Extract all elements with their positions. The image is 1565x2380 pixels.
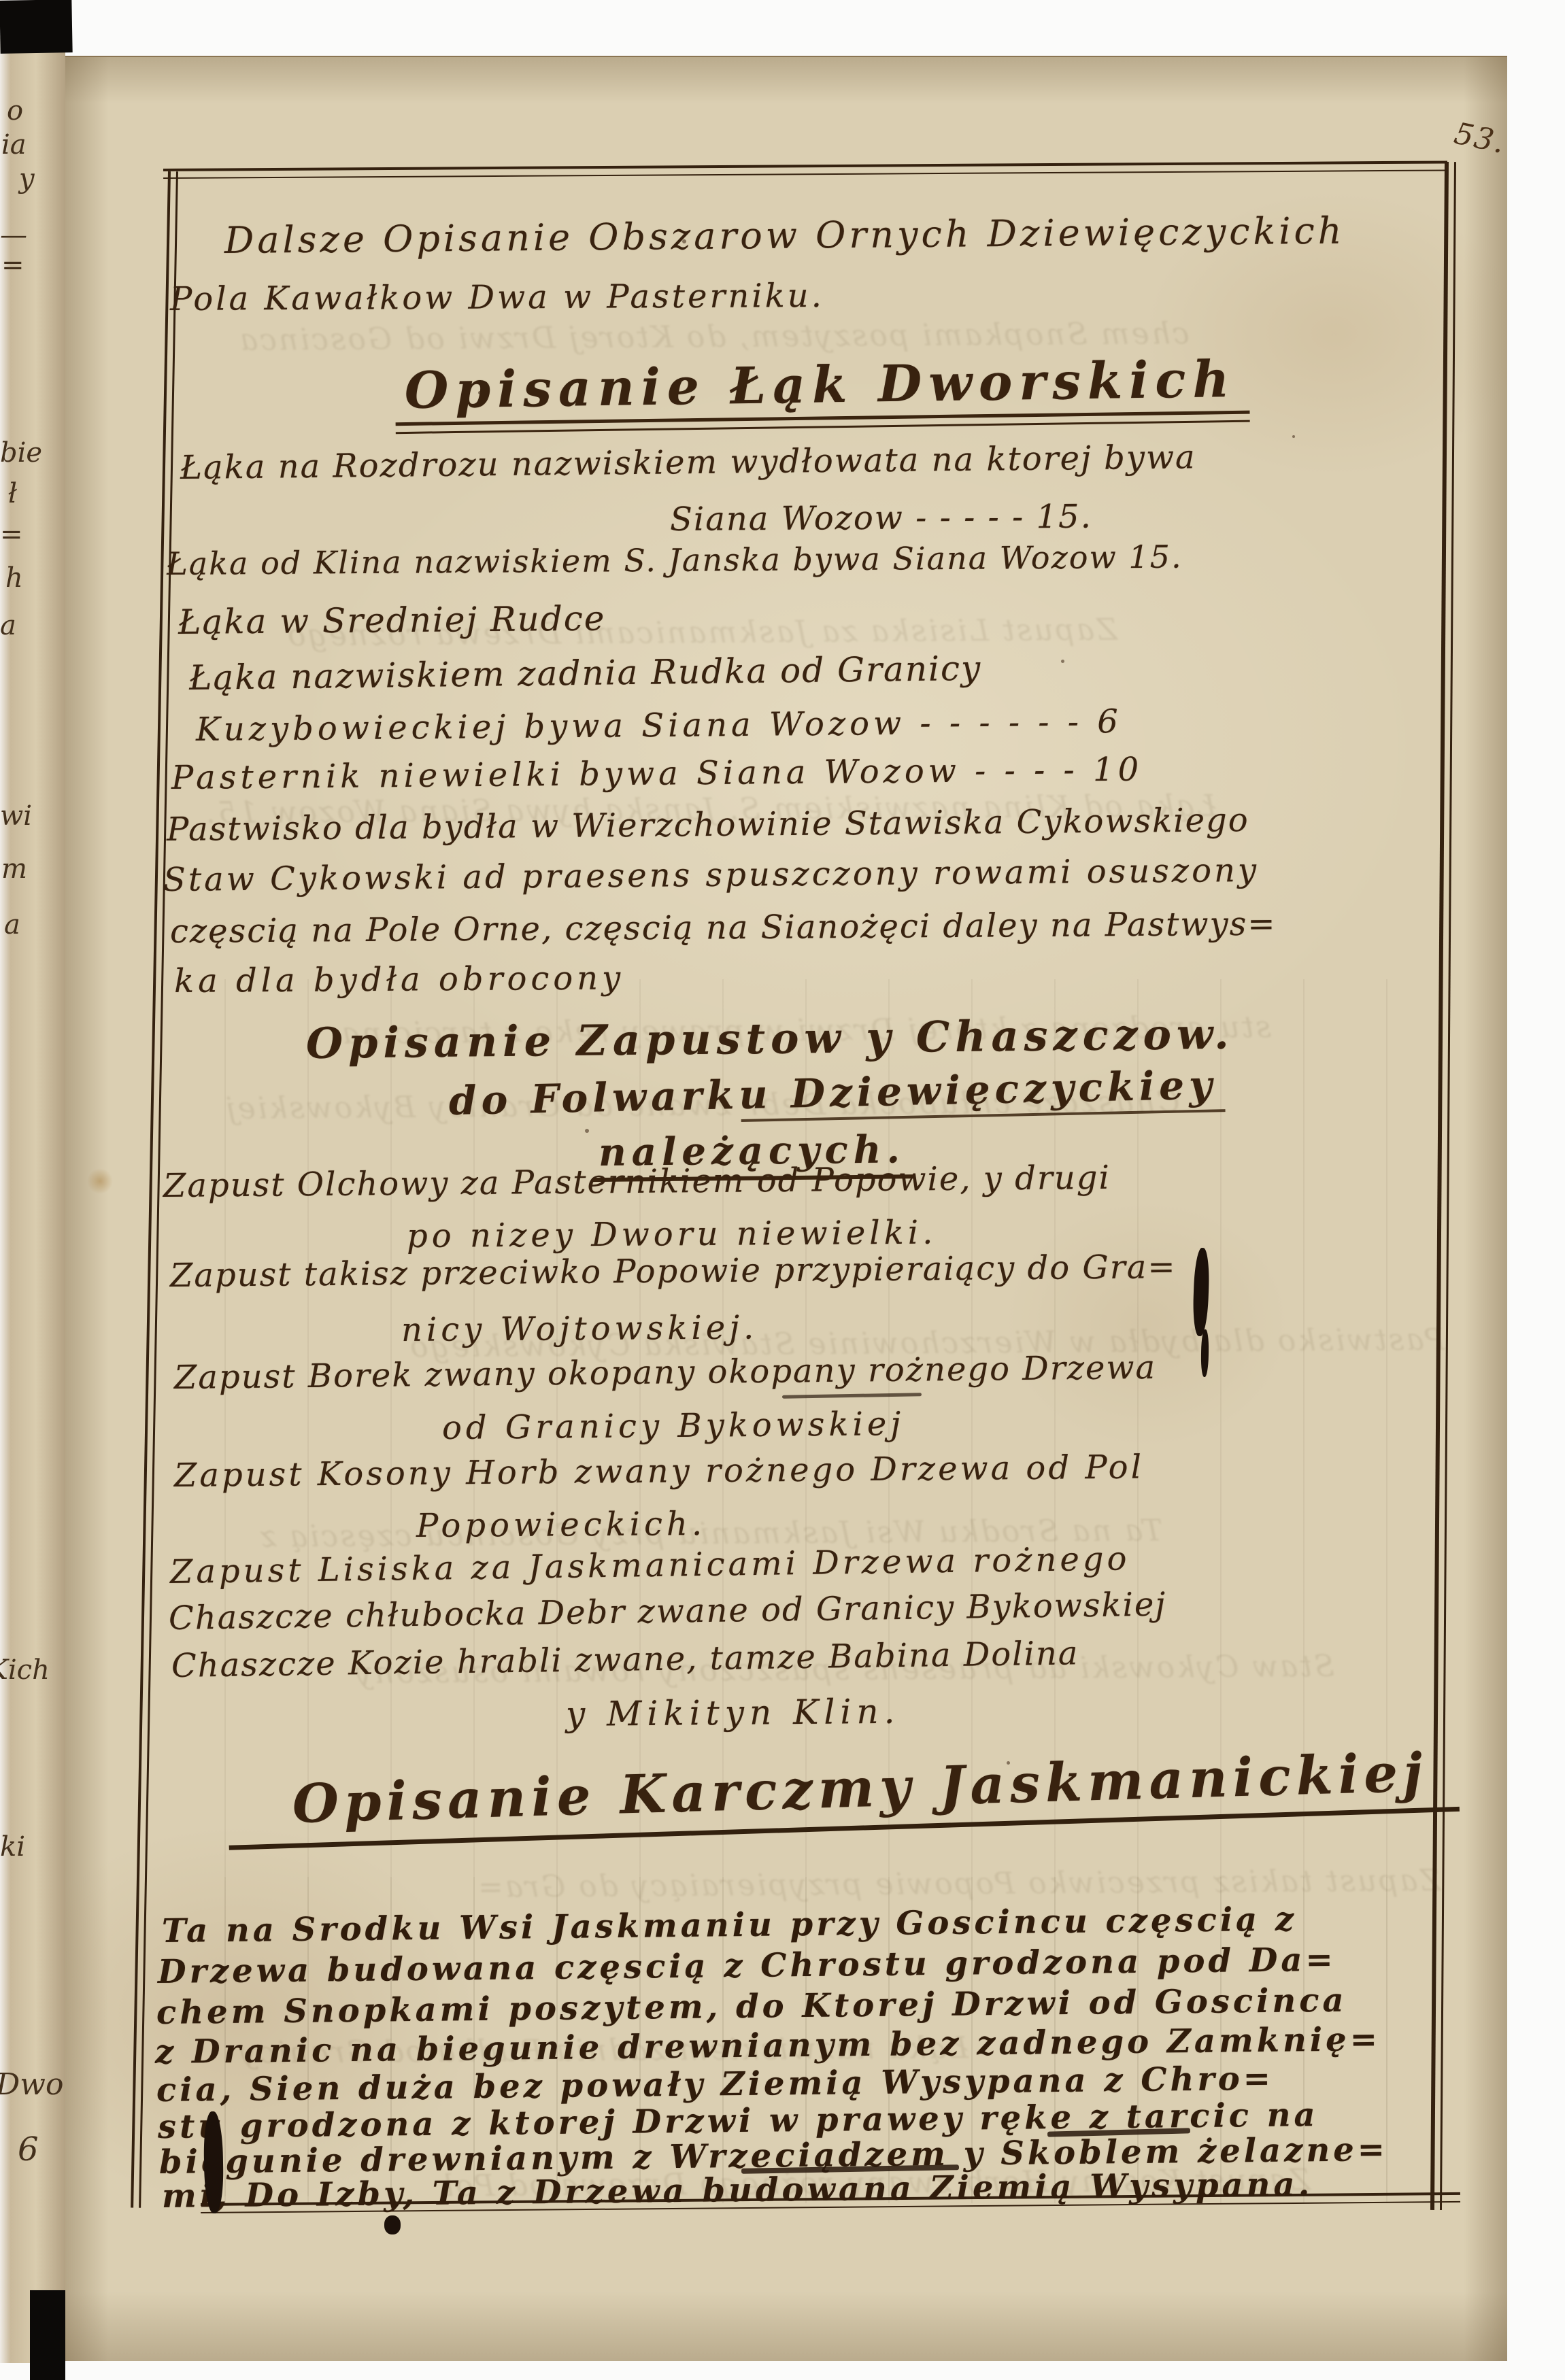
ink-speck [1007,1761,1010,1765]
paper-stain [87,1168,113,1194]
previous-page-edge: o ia y — = bie ł = h a wi m a Kich ki Dw… [0,37,65,2363]
text-line: częscią na Pole Orne, częscią na Sianożę… [170,905,1277,951]
text-line: Kuzybowieckiej bywa Siana Wozow - - - - … [196,702,1122,749]
margin-fragment: h [5,562,23,594]
bleedthrough-text: Zapust takisz przeciwko Popowie przypier… [476,1863,1441,1905]
section-heading-groves: Opisanie Zapustow y Chaszczow. [306,1009,1234,1068]
margin-fragment: a [0,610,16,641]
margin-fragment: 6 [18,2130,39,2169]
bookmark-strip-bottom [30,2290,65,2380]
margin-fragment: o [7,95,23,126]
margin-fragment: a [4,909,20,940]
ink-speck [682,239,686,243]
section-heading-meadows: Opisanie Łąk Dworskich [404,350,1236,426]
margin-fragment: y [19,163,35,194]
text-line: po nizey Dworu niewielki. [407,1214,937,1255]
margin-fragment: = [0,519,23,550]
margin-fragment: wi [0,800,32,832]
text-line: Łąka od Klina nazwiskiem S. Janska bywa … [167,539,1183,582]
text-line: Siana Wozow - - - - - 15. [670,498,1092,539]
margin-fragment: = [1,250,24,281]
ink-speck [585,1129,589,1133]
ink-blot [384,2215,401,2234]
margin-fragment: — [0,220,27,251]
bleedthrough-text: chem Snopkami poszytem, do Ktorej Drzwi … [238,316,1190,358]
ink-speck [1061,660,1064,663]
scanned-manuscript-page: o ia y — = bie ł = h a wi m a Kich ki Dw… [0,0,1565,2380]
text-line: Łąka w Sredniej Rudce [178,599,606,642]
text-line: od Granicy Bykowskiej [442,1405,905,1447]
margin-fragment: bie [0,437,42,469]
margin-fragment: ia [1,129,27,160]
margin-fragment: Dworę [0,2067,65,2102]
text-line: Popowieckich. [416,1505,706,1545]
ink-speck [1292,435,1295,438]
text-line: nicy Wojtowskiej. [401,1308,758,1349]
ink-speck [478,391,482,394]
margin-fragment: Kich [0,1654,50,1686]
margin-fragment: ł [8,478,17,509]
text-line: y Mikityn Klin. [566,1692,901,1734]
margin-fragment: ki [0,1831,25,1863]
text-line: ka dla bydła obrocony [174,959,625,1000]
binding-tape-top [0,0,73,54]
margin-fragment: m [1,853,27,885]
header-line: Pola Kawałkow Dwa w Pasterniku. [170,277,824,318]
